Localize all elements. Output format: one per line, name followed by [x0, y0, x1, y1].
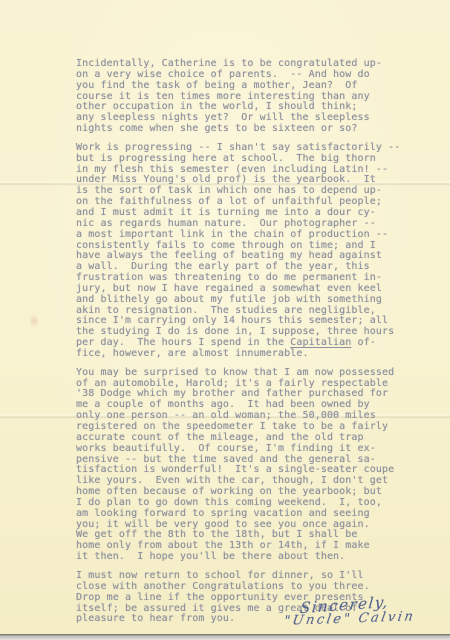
letter-paragraph: You may be surprised to know that I am n… [76, 368, 416, 563]
scan-edge [0, 634, 450, 640]
letter-body: Incidentally, Catherine is to be congrat… [76, 59, 416, 633]
typed-line: and blithely go about my futile job with… [76, 295, 416, 306]
typed-line: it then. I hope you'll be there about th… [76, 552, 416, 563]
typed-line: you find the task of being a mother, Jea… [76, 81, 416, 92]
typed-line: nights come when she gets to be sixteen … [76, 124, 416, 135]
letter-paragraph: Work is progressing -- I shan't say sati… [76, 143, 416, 360]
typed-line: fice, however, are almost innumerable. [76, 349, 416, 360]
scanned-letter: Incidentally, Catherine is to be congrat… [0, 0, 450, 640]
typed-line: but is progressing here at school. The b… [76, 154, 416, 165]
typed-line: am looking forward to spring vacation an… [76, 509, 416, 520]
letter-paragraph: Incidentally, Catherine is to be congrat… [76, 59, 416, 135]
typed-line: works beautifully. Of course, I'm findin… [76, 444, 416, 455]
underlined-word: Capitalian [290, 337, 351, 348]
typed-line: a most important link in the chain of pr… [76, 230, 416, 241]
ink-smudge [29, 314, 39, 328]
letter-paper: Incidentally, Catherine is to be congrat… [0, 0, 450, 634]
typed-line: You may be surprised to know that I am n… [76, 368, 416, 379]
